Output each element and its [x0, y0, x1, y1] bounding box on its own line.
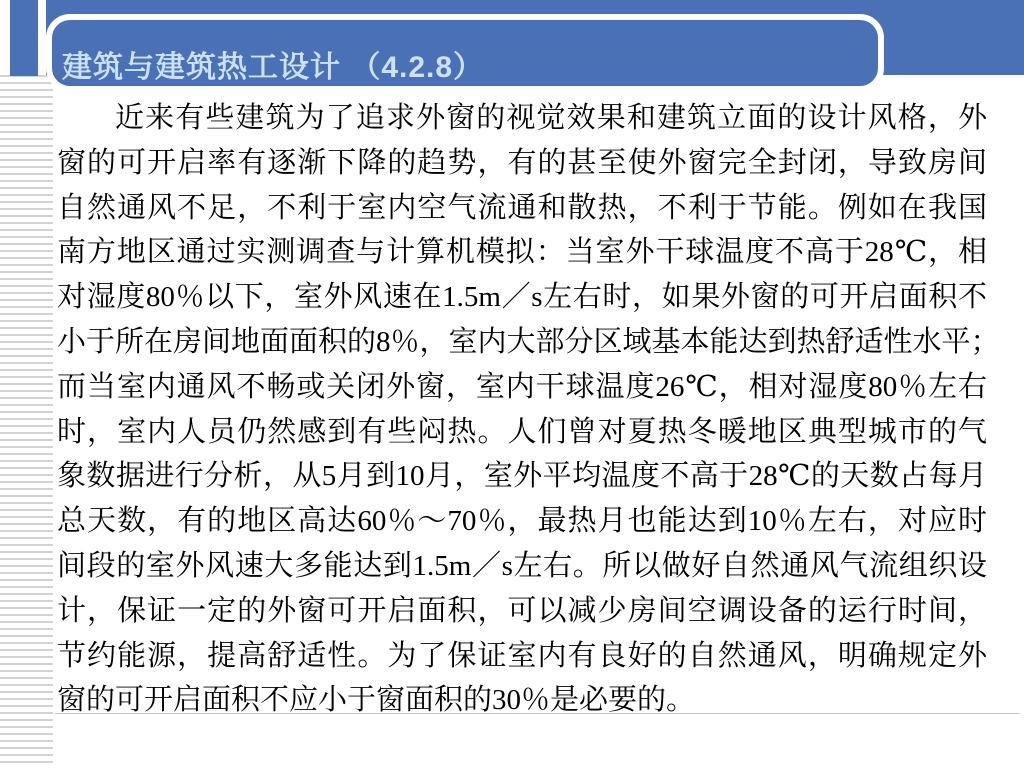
body-line: 窗的可开启率有逐渐下降的趋势，有的甚至使外窗完全封闭，导致房间 — [57, 141, 987, 186]
body-line: 小于所在房间地面面积的8％，室内大部分区域基本能达到热舒适性水平； — [57, 320, 987, 365]
slide-title: 建筑与建筑热工设计 （4.2.8） — [62, 42, 484, 86]
body-line: 自然通风不足，不利于室内空气流通和散热，不利于节能。例如在我国 — [57, 186, 987, 231]
body-line: 而当室内通风不畅或关闭外窗，室内干球温度26℃，相对湿度80％左右 — [57, 365, 987, 410]
body-line: 总天数，有的地区高达60％～70％，最热月也能达到10％左右，对应时 — [57, 499, 987, 544]
left-stripe-decoration — [0, 75, 53, 768]
body-line: 窗的可开启面积不应小于窗面积的30％是必要的。 — [57, 678, 987, 723]
body-line: 近来有些建筑为了追求外窗的视觉效果和建筑立面的设计风格，外 — [57, 96, 987, 141]
footer-separator-line — [55, 713, 1020, 714]
body-line: 对湿度80％以下，室外风速在1.5m／s左右时，如果外窗的可开启面积不 — [57, 275, 987, 320]
body-line: 时，室内人员仍然感到有些闷热。人们曾对夏热冬暖地区典型城市的气 — [57, 410, 987, 455]
body-text: 近来有些建筑为了追求外窗的视觉效果和建筑立面的设计风格，外窗的可开启率有逐渐下降… — [57, 96, 987, 723]
presentation-slide: 建筑与建筑热工设计 （4.2.8） 近来有些建筑为了追求外窗的视觉效果和建筑立面… — [0, 0, 1024, 768]
top-left-accent-bar — [10, 0, 38, 76]
body-line: 计，保证一定的外窗可开启面积，可以减少房间空调设备的运行时间， — [57, 589, 987, 634]
body-line: 南方地区通过实测调查与计算机模拟：当室外干球温度不高于28℃，相 — [57, 230, 987, 275]
body-line: 间段的室外风速大多能达到1.5m／s左右。所以做好自然通风气流组织设 — [57, 544, 987, 589]
body-line: 节约能源，提高舒适性。为了保证室内有良好的自然通风，明确规定外 — [57, 634, 987, 679]
body-line: 象数据进行分析，从5月到10月，室外平均温度不高于28℃的天数占每月 — [57, 454, 987, 499]
